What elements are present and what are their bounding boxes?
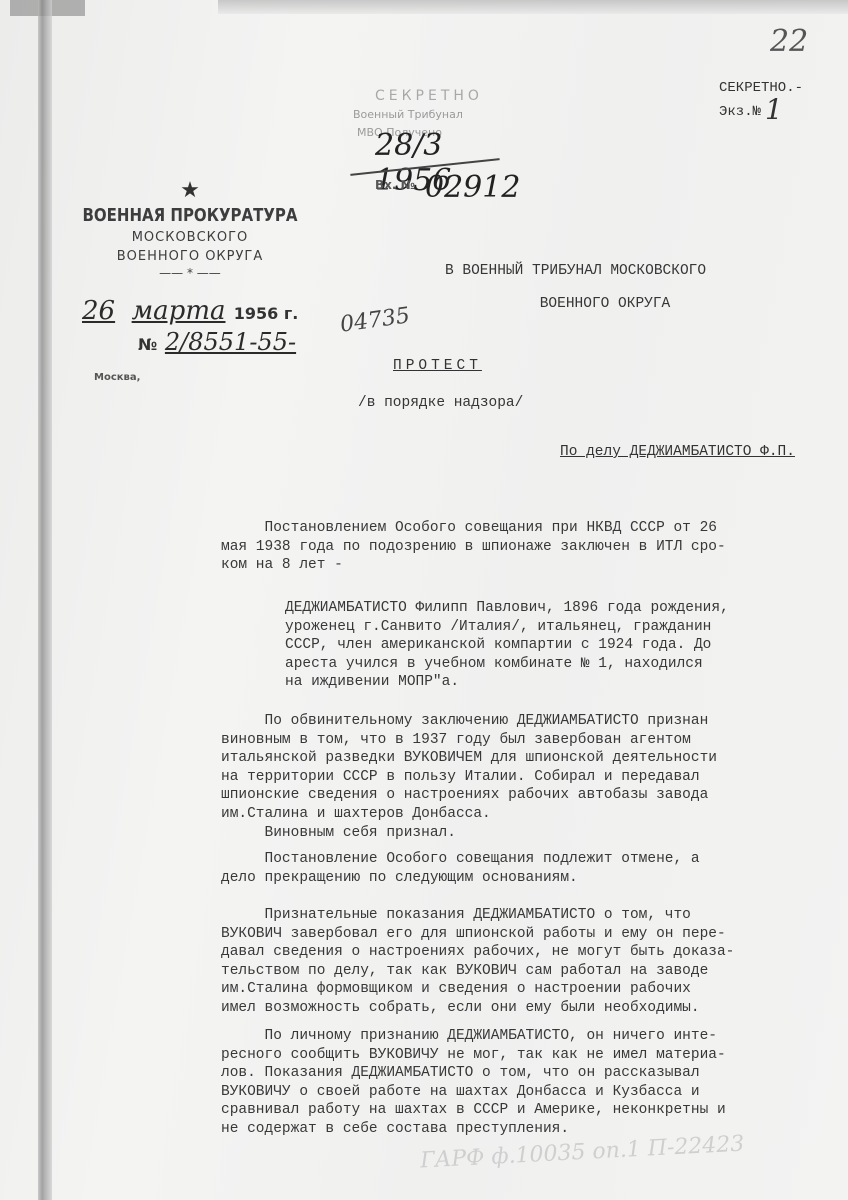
document-page: 22 СЕКРЕТНО.- Экз.№1 СЕКРЕТНО Военный Тр… — [0, 0, 848, 1200]
extra-number: 04735 — [339, 303, 412, 337]
binding-spine — [38, 0, 52, 1200]
star-icon: ★ — [80, 180, 300, 202]
paragraph-3: По обвинительному заключению ДЕДЖИАМБАТИ… — [221, 712, 846, 842]
sender-org-line3: ВОЕННОГО ОКРУГА — [80, 249, 300, 264]
stamp-secret-label: СЕКРЕТНО — [375, 88, 483, 104]
date-year: 1956 г. — [234, 304, 299, 323]
date-day: 26 — [82, 296, 115, 326]
paragraph-6: По личному признанию ДЕДЖИАМБАТИСТО, он … — [221, 1027, 846, 1139]
number-label: № — [138, 335, 157, 354]
page-number: 22 — [770, 24, 808, 59]
document-subtitle: /в порядке надзора/ — [358, 395, 523, 411]
incoming-number: 02912 — [425, 170, 520, 205]
registration-stamp: СЕКРЕТНО Военный Трибунал МВО Получено 2… — [345, 88, 525, 208]
paragraph-4: Постановление Особого совещания подлежит… — [221, 850, 846, 887]
outgoing-number: № 2/8551-55- — [138, 328, 296, 356]
paragraph-5: Признательные показания ДЕДЖИАМБАТИСТО о… — [221, 906, 846, 1018]
binding-edge — [218, 0, 848, 14]
document-title: ПРОТЕСТ — [393, 358, 482, 374]
stamp-org-label: Военный Трибунал — [353, 108, 463, 121]
stamp-separator: —— * —— — [80, 266, 300, 280]
paragraph-1: Постановлением Особого совещания при НКВ… — [221, 519, 846, 575]
sender-org: ВОЕННАЯ ПРОКУРАТУРА — [80, 204, 300, 226]
addressee-line2: ВОЕННОГО ОКРУГА — [445, 288, 765, 321]
classification-label: СЕКРЕТНО.- — [719, 80, 803, 97]
addressee-line1: В ВОЕННЫЙ ТРИБУНАЛ МОСКОВСКОГО — [445, 255, 765, 288]
case-reference: По делу ДЕДЖИАМБАТИСТО Ф.П. — [560, 444, 795, 460]
date-month: марта — [132, 296, 226, 326]
addressee: В ВОЕННЫЙ ТРИБУНАЛ МОСКОВСКОГО ВОЕННОГО … — [445, 255, 765, 321]
sender-org-line2: МОСКОВСКОГО — [80, 230, 300, 245]
classification-mark: СЕКРЕТНО.- Экз.№1 — [719, 80, 803, 121]
incoming-label: Вх. № — [375, 178, 415, 192]
city-label: Москва, — [94, 372, 140, 383]
sender-stamp: ★ ВОЕННАЯ ПРОКУРАТУРА МОСКОВСКОГО ВОЕННО… — [80, 180, 300, 280]
copy-label: Экз.№ — [719, 104, 761, 120]
copy-number: 1 — [765, 93, 783, 126]
outgoing-date: 26 марта 1956 г. — [82, 296, 298, 326]
number-value: 2/8551-55- — [165, 328, 296, 356]
copy-number-line: Экз.№1 — [719, 97, 803, 121]
paragraph-2: ДЕДЖИАМБАТИСТО Филипп Павлович, 1896 год… — [285, 599, 848, 692]
